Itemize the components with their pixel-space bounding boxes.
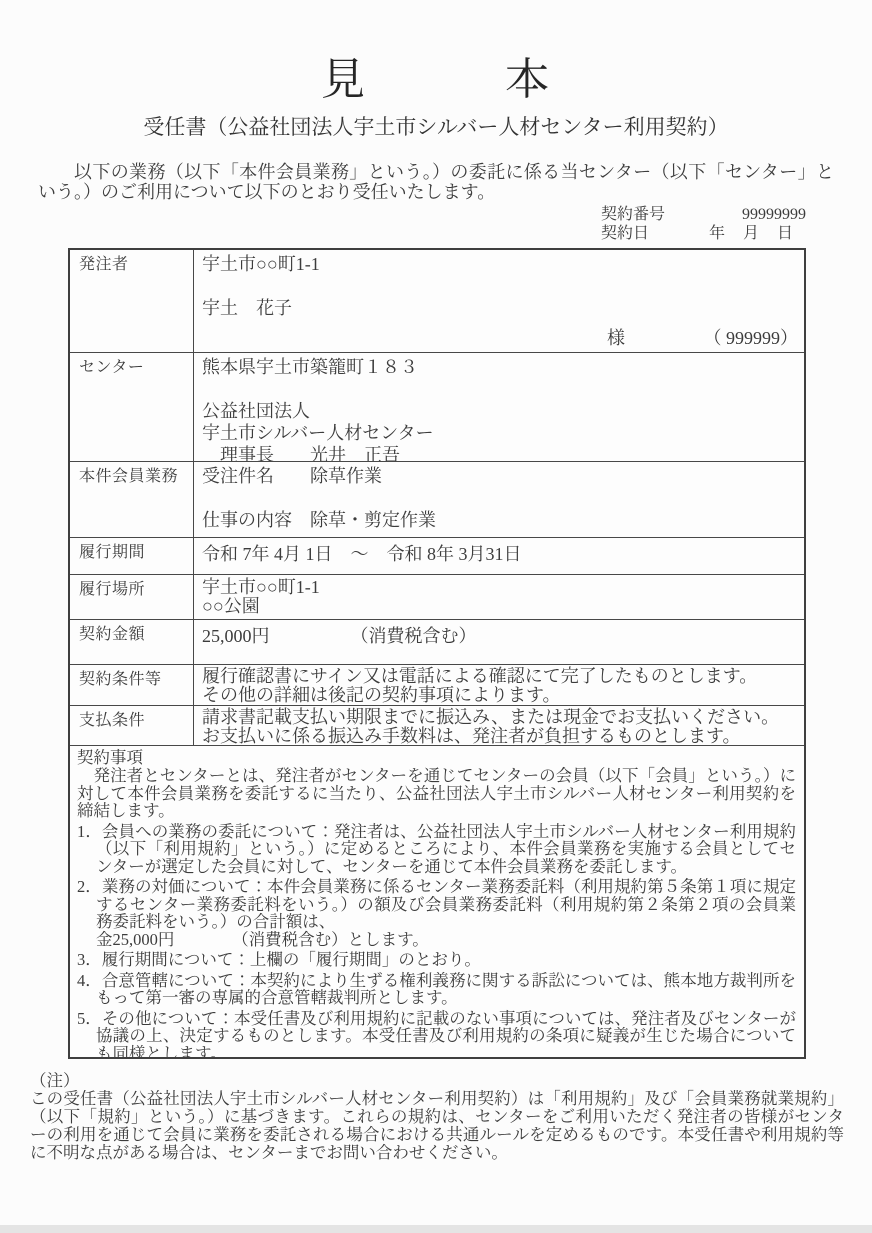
cell-line: 25,000円 （消費税含む） — [202, 627, 798, 646]
contract-number-row: 契約番号 99999999 — [601, 205, 806, 224]
footnote-heading: （注） — [30, 1072, 844, 1090]
terms-item-5: 5．その他について：本受任書及び利用規約に記載のない事項については、発注者及びセ… — [77, 1010, 796, 1058]
table-row-payment: 支払条件 請求書記載支払い期限までに振込み、または現金でお支払いください。 お支… — [70, 706, 804, 746]
row-label: 履行期間 — [70, 538, 194, 574]
row-content: 25,000円 （消費税含む） — [194, 620, 804, 664]
table-row-center: センター 熊本県宇土市築籠町１８３ 公益社団法人 宇土市シルバー人材センター 理… — [70, 353, 804, 462]
row-label: 支払条件 — [70, 706, 194, 745]
terms-intro: 発注者とセンターとは、発注者がセンターを通じてセンターの会員（以下「会員」という… — [77, 767, 796, 820]
row-label: センター — [70, 353, 194, 461]
terms-item-3: 3．履行期間について：上欄の「履行期間」のとおり。 — [77, 951, 796, 969]
cell-line: 受注件名 除草作業 — [202, 465, 798, 487]
cell-line: 理事長 光井 正吾 — [202, 444, 798, 462]
page-bottom-strip — [0, 1225, 872, 1233]
cell-line: 仕事の内容 除草・剪定作業 — [202, 509, 798, 531]
cell-line: ○○公園 — [202, 597, 798, 616]
contract-terms-section: 契約事項 発注者とセンターとは、発注者がセンターを通じてセンターの会員（以下「会… — [70, 746, 804, 1057]
contract-date-value: 年 月 日 — [709, 224, 806, 243]
contract-date-row: 契約日 年 月 日 — [601, 224, 806, 243]
contract-number-value: 99999999 — [742, 205, 806, 224]
row-label: 履行場所 — [70, 575, 194, 619]
honorific-sama: 様 — [607, 327, 625, 349]
cell-line — [202, 487, 798, 509]
cell-line: 宇土市○○町1-1 — [202, 253, 798, 275]
footnote-body: この受任書（公益社団法人宇土市シルバー人材センター利用契約）は「利用規約」及び「… — [30, 1090, 844, 1162]
intro-paragraph: 以下の業務（以下「本件会員業務」という。）の委託に係る当センター（以下「センター… — [38, 162, 834, 202]
table-row-member-work: 本件会員業務 受注件名 除草作業 仕事の内容 除草・剪定作業 — [70, 462, 804, 538]
contract-number-label: 契約番号 — [601, 205, 665, 224]
row-content: 請求書記載支払い期限までに振込み、または現金でお支払いください。 お支払いに係る… — [194, 706, 804, 745]
row-label: 発注者 — [70, 250, 194, 352]
document-page: 見 本 受任書（公益社団法人宇土市シルバー人材センター利用契約） 以下の業務（以… — [0, 0, 872, 1225]
cell-line: 履行確認書にサイン又は電話による確認にて完了したものとします。 — [202, 667, 798, 686]
customer-code: （ 999999） — [704, 327, 799, 349]
footnote-section: （注） この受任書（公益社団法人宇土市シルバー人材センター利用契約）は「利用規約… — [30, 1072, 844, 1162]
honorific-line: 様 （ 999999） — [202, 327, 798, 349]
row-content: 受注件名 除草作業 仕事の内容 除草・剪定作業 — [194, 462, 804, 537]
cell-line: その他の詳細は後記の契約事項によります。 — [202, 686, 798, 705]
row-content: 宇土市○○町1-1 ○○公園 — [194, 575, 804, 619]
row-content: 履行確認書にサイン又は電話による確認にて完了したものとします。 その他の詳細は後… — [194, 665, 804, 705]
contract-table: 発注者 宇土市○○町1-1 宇土 花子 様 （ 999999） センター 熊本県… — [68, 248, 806, 1059]
terms-heading: 契約事項 — [77, 749, 796, 767]
cell-line — [202, 275, 798, 297]
row-label: 契約金額 — [70, 620, 194, 664]
row-label: 本件会員業務 — [70, 462, 194, 537]
cell-line: 請求書記載支払い期限までに振込み、または現金でお支払いください。 — [202, 708, 798, 727]
table-row-amount: 契約金額 25,000円 （消費税含む） — [70, 620, 804, 665]
terms-item-1: 1．会員への業務の委託について：発注者は、公益社団法人宇土市シルバー人材センター… — [77, 823, 796, 876]
sample-watermark: 見 本 — [0, 0, 872, 104]
cell-line — [202, 378, 798, 400]
row-content: 宇土市○○町1-1 宇土 花子 様 （ 999999） — [194, 250, 804, 352]
terms-item-2: 2．業務の対価について：本件会員業務に係るセンター業務委託料（利用規約第５条第１… — [77, 878, 796, 948]
terms-item-4: 4．合意管轄について：本契約により生ずる権利義務に関する訴訟については、熊本地方… — [77, 972, 796, 1007]
row-content: 熊本県宇土市築籠町１８３ 公益社団法人 宇土市シルバー人材センター 理事長 光井… — [194, 353, 804, 461]
cell-line: 宇土市○○町1-1 — [202, 578, 798, 597]
cell-line: 公益社団法人 — [202, 400, 798, 422]
table-row-conditions: 契約条件等 履行確認書にサイン又は電話による確認にて完了したものとします。 その… — [70, 665, 804, 706]
cell-line: お支払いに係る振込み手数料は、発注者が負担するものとします。 — [202, 727, 798, 746]
table-row-period: 履行期間 令和 7年 4月 1日 ～ 令和 8年 3月31日 — [70, 538, 804, 575]
row-content: 令和 7年 4月 1日 ～ 令和 8年 3月31日 — [194, 538, 804, 574]
document-title: 受任書（公益社団法人宇土市シルバー人材センター利用契約） — [0, 114, 872, 140]
cell-line: 熊本県宇土市築籠町１８３ — [202, 356, 798, 378]
row-label: 契約条件等 — [70, 665, 194, 705]
table-row-orderer: 発注者 宇土市○○町1-1 宇土 花子 様 （ 999999） — [70, 250, 804, 353]
table-row-place: 履行場所 宇土市○○町1-1 ○○公園 — [70, 575, 804, 620]
contract-meta: 契約番号 99999999 契約日 年 月 日 — [601, 205, 806, 243]
cell-line: 宇土市シルバー人材センター — [202, 422, 798, 444]
cell-line: 令和 7年 4月 1日 ～ 令和 8年 3月31日 — [202, 545, 798, 564]
contract-date-label: 契約日 — [601, 224, 649, 243]
cell-line: 宇土 花子 — [202, 297, 798, 319]
